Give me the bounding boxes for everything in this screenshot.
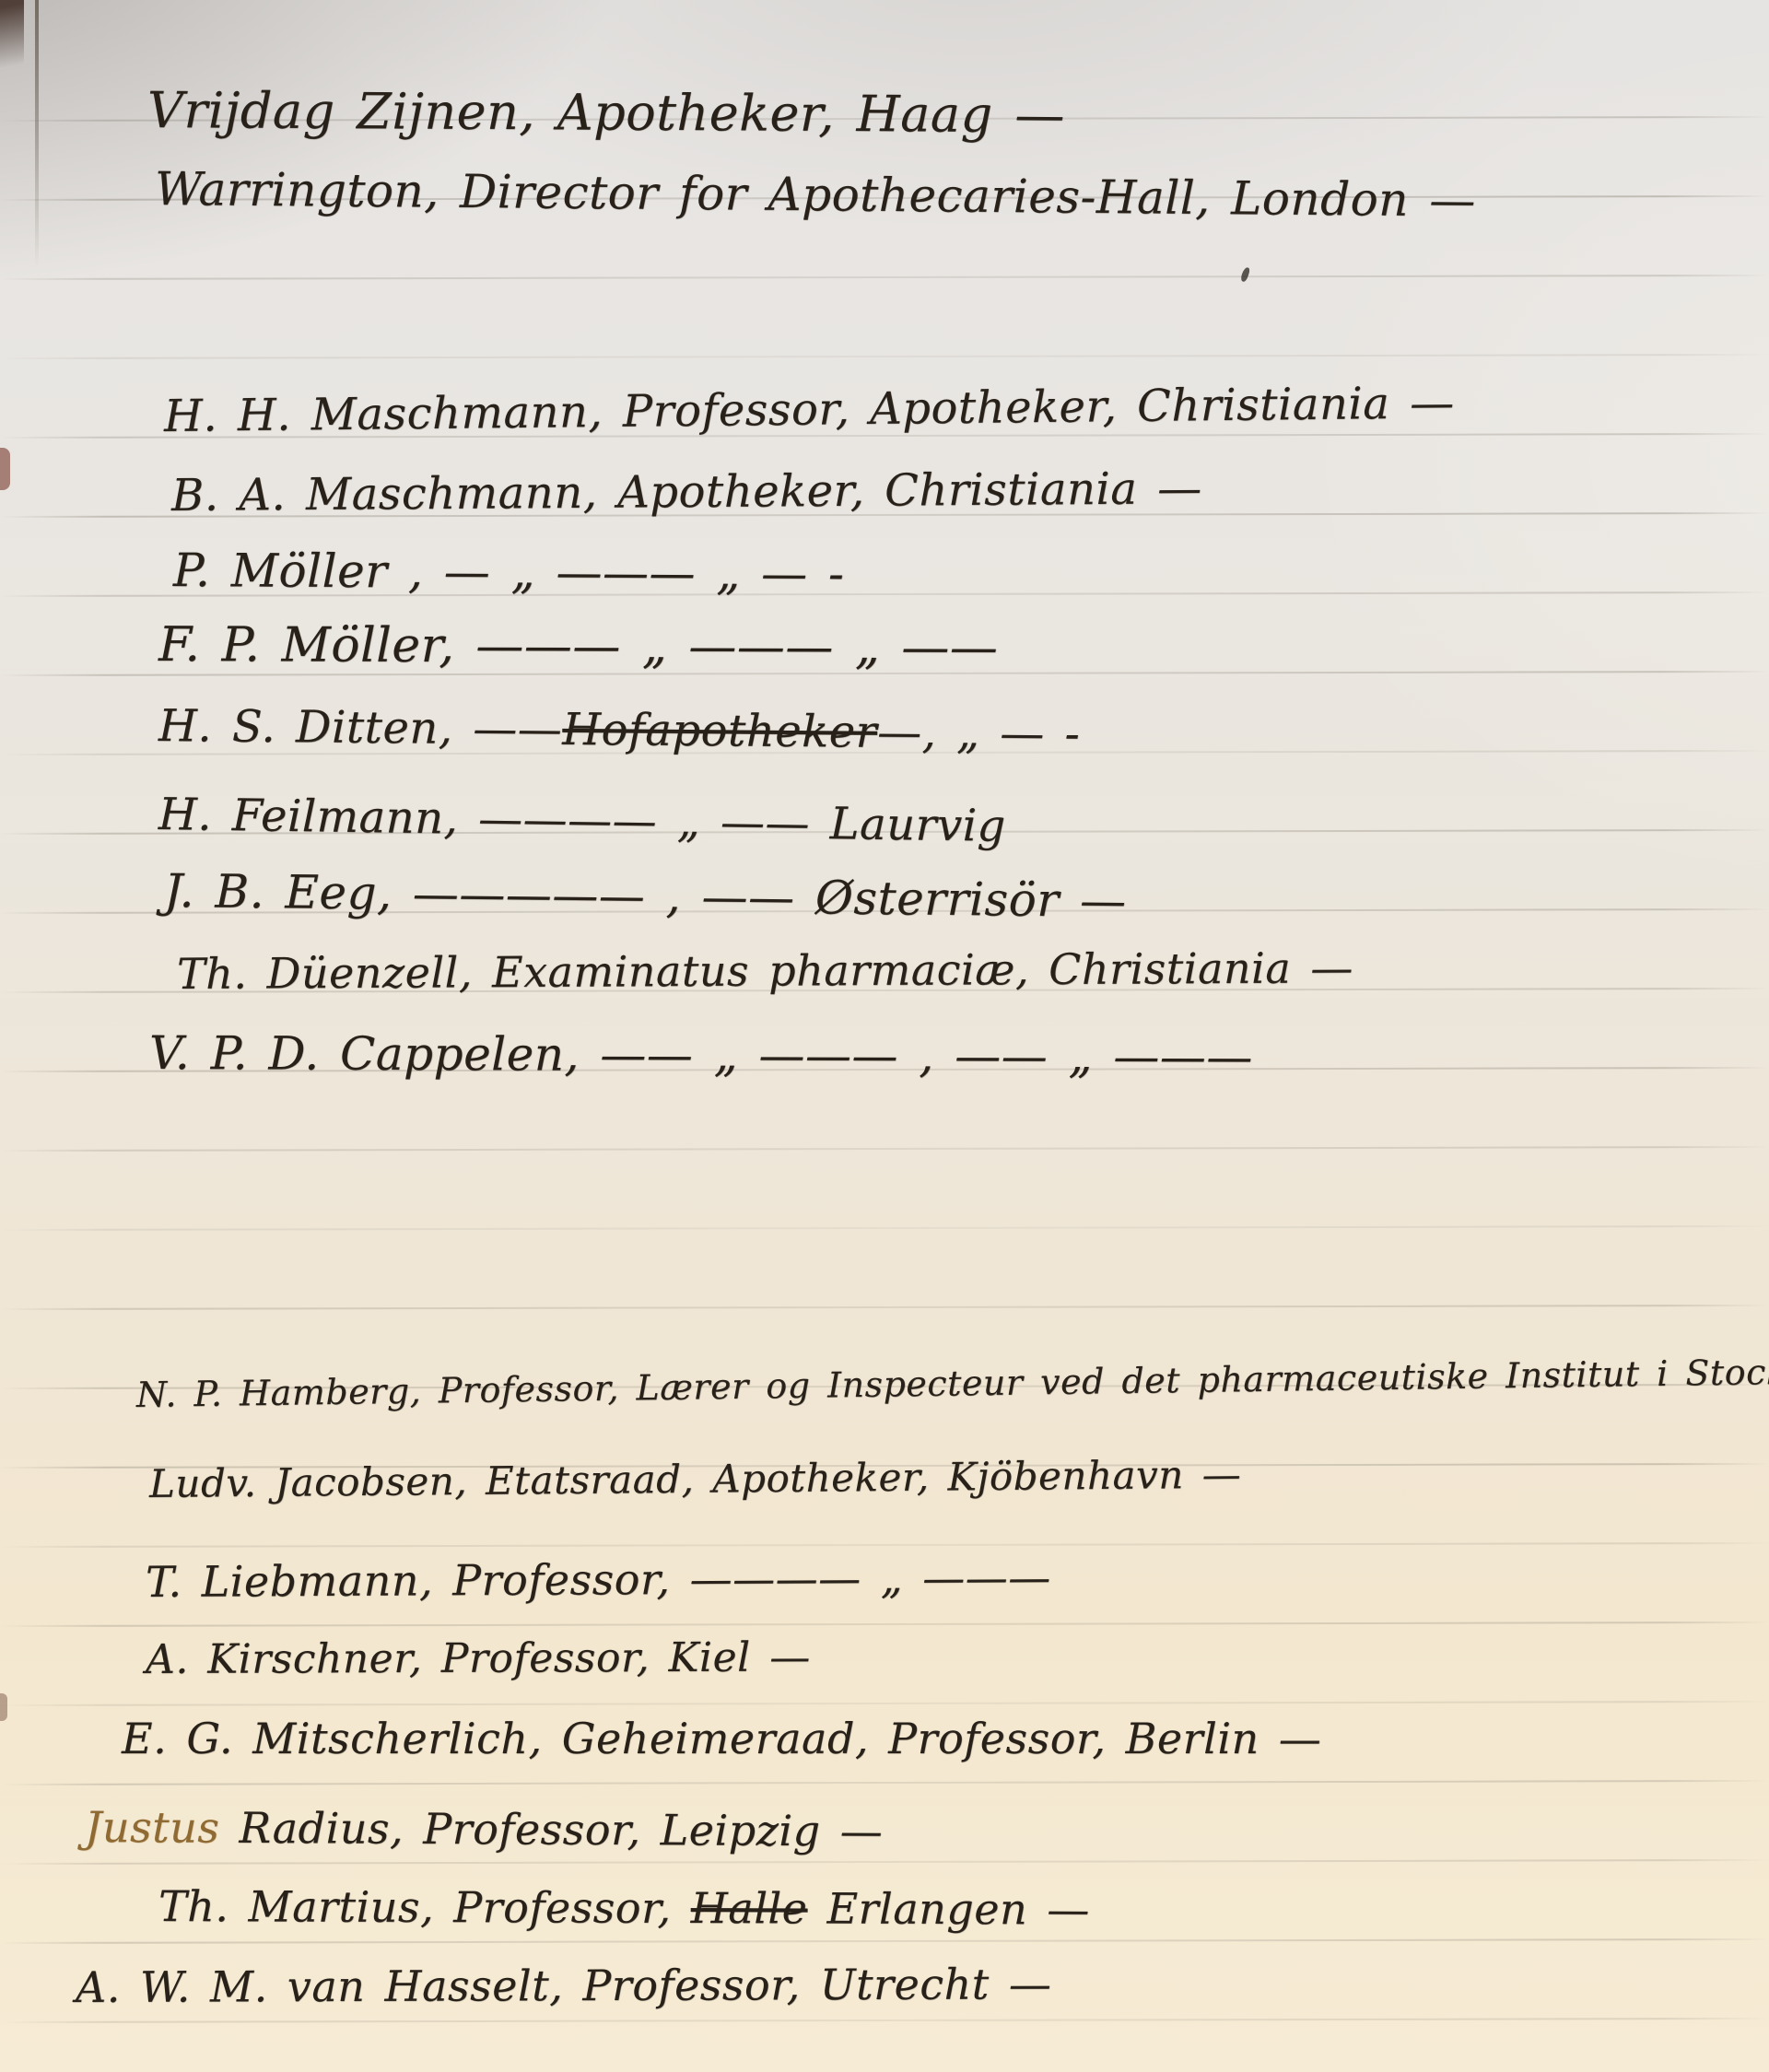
entry-hs-ditten: H. S. Ditten, ——Hofapotheker—, „ — - <box>158 700 1081 760</box>
entry-np-hamberg: N. P. Hamberg, Professor, Lærer og Inspe… <box>136 1350 1769 1415</box>
ruled-line <box>0 1542 1769 1548</box>
entry-justus-radius: Justus Radius, Professor, Leipzig — <box>85 1802 883 1856</box>
handwritten-text-segment: Radius, Professor, Leipzig — <box>219 1803 883 1856</box>
entry-vpd-cappelen: V. P. D. Cappelen, —— „ ——— , —— „ ——— <box>149 1026 1253 1083</box>
entry-van-hasselt: A. W. M. van Hasselt, Professor, Utrecht… <box>76 1959 1051 2012</box>
handwritten-text-segment: F. P. Möller, ——— „ ——— „ —— <box>158 617 999 675</box>
ruled-line <box>0 1780 1769 1785</box>
ruled-line <box>0 1621 1769 1627</box>
entry-t-liebmann: T. Liebmann, Professor, ———— „ ——— <box>146 1552 1051 1607</box>
entry-eg-mitscherlich: E. G. Mitscherlich, Geheimeraad, Profess… <box>122 1714 1321 1763</box>
handwritten-text-segment: Warrington, Director for Apothecaries-Ha… <box>155 162 1476 228</box>
ruled-line <box>0 275 1769 280</box>
handwritten-text-segment: E. G. Mitscherlich, Geheimeraad, Profess… <box>122 1714 1321 1763</box>
handwritten-text-segment: V. P. D. Cappelen, —— „ ——— , —— „ ——— <box>149 1026 1253 1083</box>
handwritten-text-segment: —, „ — - <box>877 707 1081 760</box>
handwritten-text-segment-faded-ink: Justus <box>85 1802 220 1853</box>
ruled-line <box>0 2018 1769 2023</box>
handwritten-text-segment: H. S. Ditten, —— <box>158 700 563 755</box>
entry-hh-maschmann: H. H. Maschmann, Professor, Apotheker, C… <box>164 377 1455 442</box>
page-left-edge <box>35 0 39 267</box>
handwritten-text-segment: Th. Martius, Professor, <box>158 1881 691 1933</box>
entry-th-duenzell: Th. Düenzell, Examinatus pharmaciæ, Chri… <box>177 942 1353 999</box>
handwritten-text-segment: Vrijdag Zijnen, Apotheker, Haag — <box>147 81 1065 144</box>
entry-warrington: Warrington, Director for Apothecaries-Ha… <box>155 162 1476 228</box>
ruled-line <box>0 1701 1769 1706</box>
binding-speck <box>0 448 10 490</box>
ruled-line <box>0 1938 1769 1944</box>
page-corner-shadow <box>0 0 24 72</box>
handwritten-text-segment: Ludv. Jacobsen, Etatsraad, Apotheker, Kj… <box>149 1452 1242 1506</box>
ruled-line <box>0 1225 1769 1231</box>
handwritten-text-segment: T. Liebmann, Professor, ———— „ ——— <box>146 1552 1051 1607</box>
entry-h-feilmann: H. Feilmann, ———— „ —— Laurvig <box>158 789 1007 852</box>
handwritten-text-segment: P. Möller , — „ ——— „ — - <box>173 544 845 601</box>
ruled-line <box>0 354 1769 359</box>
handwritten-text-segment: H. Feilmann, ———— „ —— Laurvig <box>158 789 1007 852</box>
binding-speck <box>0 1693 7 1721</box>
handwritten-text-segment: A. Kirschner, Professor, Kiel — <box>146 1633 811 1683</box>
entry-jb-eeg: J. B. Eeg, ————— , —— Østerrisör — <box>164 864 1127 928</box>
entry-th-martius: Th. Martius, Professor, Halle Erlangen — <box>158 1881 1090 1935</box>
handwritten-text-segment: B. A. Maschmann, Apotheker, Christiania … <box>171 462 1202 521</box>
entry-a-kirschner: A. Kirschner, Professor, Kiel — <box>146 1633 811 1683</box>
entry-vrijdag-zijnen: Vrijdag Zijnen, Apotheker, Haag — <box>147 81 1065 144</box>
handwritten-text-segment: N. P. Hamberg, Professor, Lærer og Inspe… <box>136 1350 1769 1415</box>
handwritten-text-segment-struck-through: Halle <box>691 1883 808 1933</box>
handwritten-text-segment: J. B. Eeg, ————— , —— Østerrisör — <box>164 864 1127 928</box>
handwritten-text-segment-struck-through: Hofapotheker <box>562 704 877 758</box>
ruled-line <box>0 1859 1769 1865</box>
ink-speck <box>1240 266 1251 282</box>
handwritten-text-segment: H. H. Maschmann, Professor, Apotheker, C… <box>164 377 1455 442</box>
ruled-line <box>0 1146 1769 1152</box>
handwritten-text-segment: Th. Düenzell, Examinatus pharmaciæ, Chri… <box>177 942 1353 999</box>
entry-fp-moller: F. P. Möller, ——— „ ——— „ —— <box>158 617 999 675</box>
entry-ludv-jacobsen: Ludv. Jacobsen, Etatsraad, Apotheker, Kj… <box>149 1452 1242 1506</box>
entry-ba-maschmann: B. A. Maschmann, Apotheker, Christiania … <box>171 462 1202 521</box>
entry-p-moller: P. Möller , — „ ——— „ — - <box>173 544 845 601</box>
handwritten-text-segment: Erlangen — <box>807 1883 1090 1934</box>
manuscript-page: Vrijdag Zijnen, Apotheker, Haag —Warring… <box>0 0 1769 2072</box>
ruled-line <box>0 1305 1769 1310</box>
handwritten-text-segment: A. W. M. van Hasselt, Professor, Utrecht… <box>76 1959 1051 2012</box>
